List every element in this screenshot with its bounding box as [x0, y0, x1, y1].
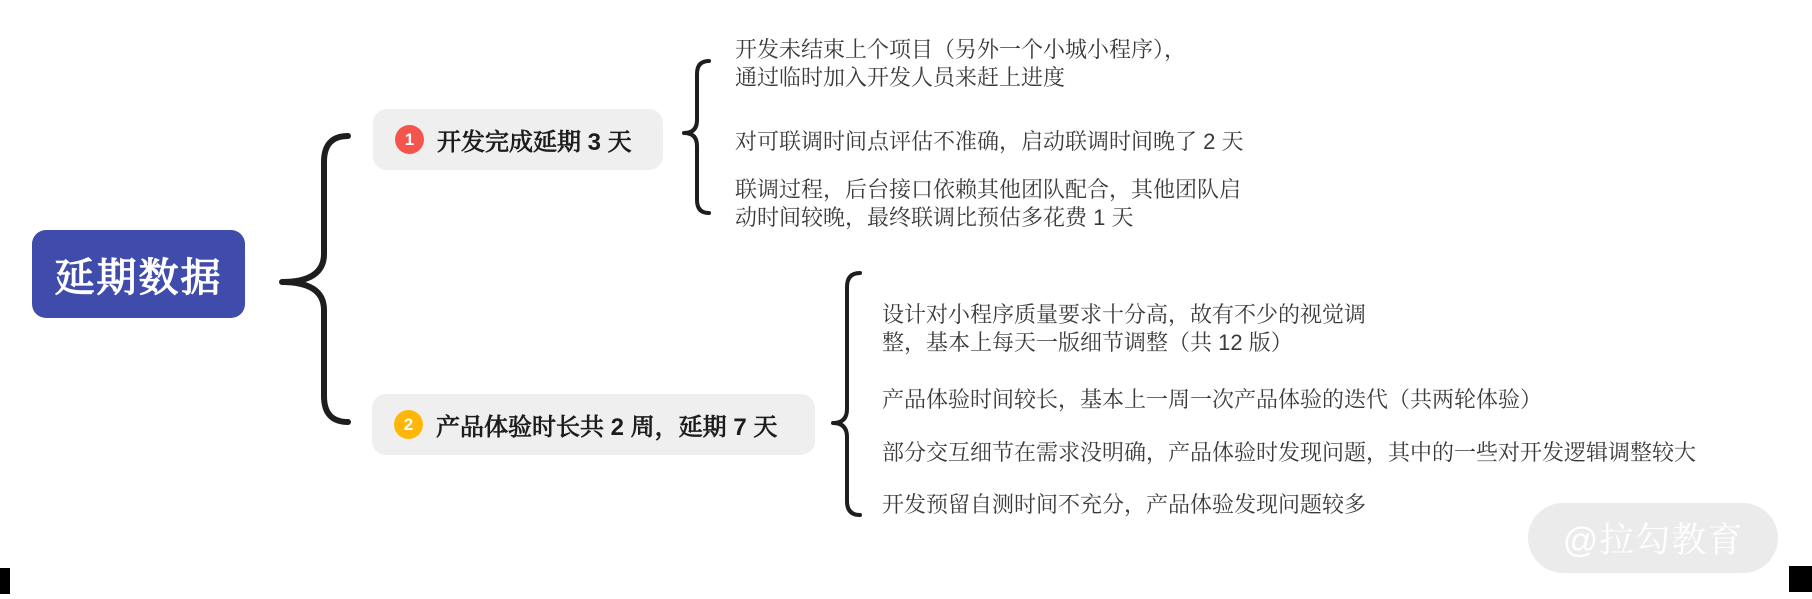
branch-topic-2-label: 产品体验时长共 2 周，延期 7 天 [436, 407, 777, 442]
corner-mark-bottom-left [0, 568, 10, 594]
branch-2-brace-connector [830, 270, 864, 518]
numbering-2-icon: 2 [394, 410, 423, 439]
subtopic[interactable]: 部分交互细节在需求没明确，产品体验时发现问题，其中的一些对开发逻辑调整较大 [882, 439, 1696, 467]
root-topic[interactable]: 延期数据 [32, 230, 245, 318]
branch-topic-2[interactable]: 2 产品体验时长共 2 周，延期 7 天 [372, 394, 815, 455]
watermark-label: @拉勾教育 [1563, 513, 1744, 563]
branch-topic-1[interactable]: 1 开发完成延期 3 天 [373, 109, 663, 170]
subtopic[interactable]: 开发预留自测时间不充分，产品体验发现问题较多 [882, 491, 1366, 519]
subtopic[interactable]: 设计对小程序质量要求十分高，故有不少的视觉调 整，基本上每天一版细节调整（共 1… [882, 301, 1366, 357]
corner-mark-bottom-right [1789, 566, 1812, 592]
subtopic[interactable]: 产品体验时间较长，基本上一周一次产品体验的迭代（共两轮体验） [882, 386, 1542, 414]
branch-topic-1-label: 开发完成延期 3 天 [437, 122, 632, 157]
root-brace-connector [276, 132, 352, 426]
branch-1-brace-connector [681, 58, 713, 216]
subtopic[interactable]: 联调过程，后台接口依赖其他团队配合，其他团队启 动时间较晚，最终联调比预估多花费… [735, 176, 1241, 232]
numbering-1-icon: 1 [395, 125, 424, 154]
subtopic[interactable]: 对可联调时间点评估不准确，启动联调时间晚了 2 天 [735, 128, 1243, 156]
root-topic-label: 延期数据 [55, 246, 223, 303]
subtopic[interactable]: 开发未结束上个项目（另外一个小城小程序）， 通过临时加入开发人员来赶上进度 [735, 36, 1186, 92]
mindmap-canvas: 延期数据 1 开发完成延期 3 天 开发未结束上个项目（另外一个小城小程序）， … [0, 0, 1812, 599]
watermark-badge: @拉勾教育 [1528, 503, 1778, 573]
